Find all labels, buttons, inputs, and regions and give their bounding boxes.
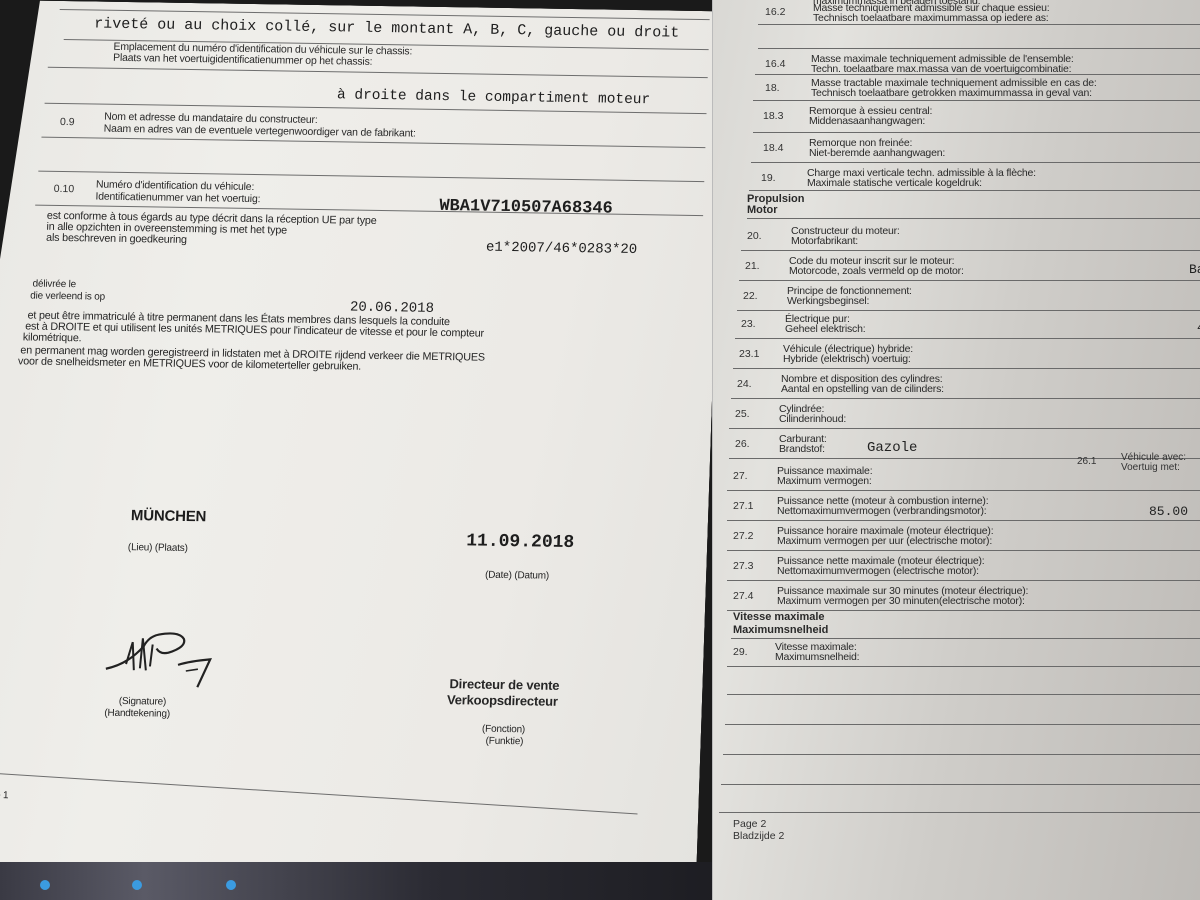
field-label-nl: Nettomaximumvermogen (electrische motor)… bbox=[777, 566, 979, 577]
date-label: (Date) (Datum) bbox=[485, 570, 549, 582]
field-value: 85.00 bbox=[1149, 504, 1188, 519]
blank-line bbox=[719, 812, 1200, 813]
divider bbox=[731, 638, 1200, 639]
field-label-nl: Maximumsnelheid: bbox=[775, 652, 859, 663]
field-label-nl: Technisch toelaatbare maximummassa op ie… bbox=[813, 13, 1049, 24]
field-number: 27.3 bbox=[733, 560, 753, 572]
divider bbox=[727, 580, 1200, 581]
field-number: 21. bbox=[745, 260, 760, 272]
divider bbox=[751, 162, 1200, 163]
divider bbox=[753, 100, 1200, 101]
field-number: 0.9 bbox=[60, 116, 75, 128]
field-label-nl: Aantal en opstelling van de cilinders: bbox=[781, 384, 944, 395]
field-number: 16.4 bbox=[765, 58, 785, 70]
section-propulsion-nl: Motor bbox=[747, 205, 778, 216]
blank-line bbox=[723, 754, 1200, 755]
field-number: 27.1 bbox=[733, 500, 753, 512]
signature-image bbox=[97, 624, 229, 696]
attachment-method-value: riveté ou au choix collé, sur le montant… bbox=[94, 15, 680, 41]
place-value: MÜNCHEN bbox=[131, 510, 207, 523]
field-label-nl: Niet-beremde aanhangwagen: bbox=[809, 148, 945, 159]
conformity-text-3: als beschreven in goedkeuring bbox=[46, 233, 187, 247]
signature-date: 11.09.2018 bbox=[466, 531, 575, 553]
divider bbox=[727, 490, 1200, 491]
field-label-nl: Technisch toelaatbare getrokken maximumm… bbox=[811, 88, 1092, 99]
vin-location-value: à droite dans le compartiment moteur bbox=[337, 87, 651, 108]
function-label-fr: (Fonction) bbox=[482, 724, 525, 736]
field-number: 0.10 bbox=[54, 183, 75, 195]
field-number: 26.1 bbox=[1077, 456, 1096, 467]
function-value-nl: Verkoopsdirecteur bbox=[447, 693, 558, 709]
decorative-dot bbox=[132, 880, 142, 890]
vin-label-nl: Identificatienummer van het voertuig: bbox=[95, 192, 260, 206]
field-label-nl: Werkingsbeginsel: bbox=[787, 296, 869, 307]
field-label-nl: Motorfabrikant: bbox=[791, 236, 858, 247]
field-label-nl: Geheel elektrisch: bbox=[785, 324, 865, 335]
decorative-dot bbox=[40, 880, 50, 890]
page-2: maximummassa in beladen toestand: 16.2 M… bbox=[712, 0, 1200, 900]
field-number: 26. bbox=[735, 438, 750, 450]
divider bbox=[749, 190, 1200, 191]
divider bbox=[758, 24, 1200, 25]
field-number: 20. bbox=[747, 230, 762, 242]
field-label-nl: Motorcode, zoals vermeld op de motor: bbox=[789, 266, 964, 277]
field-number: 18. bbox=[765, 82, 780, 94]
field-label-nl: Hybride (elektrisch) voertuig: bbox=[783, 354, 911, 365]
field-number: 18.3 bbox=[763, 110, 783, 122]
divider bbox=[735, 338, 1200, 339]
signature-label-nl: (Handtekening) bbox=[104, 708, 170, 721]
field-number: 27. bbox=[733, 470, 748, 482]
field-number: 23.1 bbox=[739, 348, 759, 360]
issued-label-nl: die verleend is op bbox=[30, 291, 105, 304]
field-label-nl: Middenasaanhangwagen: bbox=[809, 116, 925, 127]
field-value: Ba bbox=[1189, 262, 1200, 277]
field-number: 25. bbox=[735, 408, 750, 420]
field-number: 16.2 bbox=[765, 6, 785, 18]
divider bbox=[727, 550, 1200, 551]
divider bbox=[727, 520, 1200, 521]
field-label-nl: Voertuig met: bbox=[1121, 462, 1180, 473]
section-speed-nl: Maximumsnelheid bbox=[733, 625, 828, 636]
divider bbox=[753, 132, 1200, 133]
divider bbox=[727, 666, 1200, 667]
field-label-nl: Techn. toelaatbare max.massa van de voer… bbox=[811, 64, 1071, 75]
field-number: 18.4 bbox=[763, 142, 783, 154]
divider bbox=[729, 428, 1200, 429]
representative-label-nl: Naam en adres van de eventuele vertegenw… bbox=[104, 124, 416, 140]
page-number-nl: Bladzijde 1 bbox=[0, 789, 9, 801]
place-label: (Lieu) (Plaats) bbox=[128, 542, 188, 554]
field-label-nl: Maximum vermogen: bbox=[777, 476, 872, 487]
type-approval-number: e1*2007/46*0283*20 bbox=[486, 240, 638, 258]
divider bbox=[747, 218, 1200, 219]
divider bbox=[739, 280, 1200, 281]
field-label-nl: Nettomaximumvermogen (verbrandingsmotor)… bbox=[777, 506, 986, 517]
signature-label-fr: (Signature) bbox=[119, 696, 167, 708]
field-label-nl: Maximale statische verticale kogeldruk: bbox=[807, 178, 982, 189]
divider bbox=[0, 772, 638, 815]
function-label-nl: (Funktie) bbox=[485, 736, 523, 748]
field-number: 27.4 bbox=[733, 590, 753, 602]
divider bbox=[737, 310, 1200, 311]
field-label-nl: Brandstof: bbox=[779, 444, 825, 455]
divider bbox=[755, 74, 1200, 75]
divider bbox=[48, 67, 708, 78]
divider bbox=[758, 48, 1200, 49]
blank-line bbox=[725, 724, 1200, 725]
field-number: 24. bbox=[737, 378, 752, 390]
page-number-nl: Bladzijde 2 bbox=[733, 830, 784, 842]
blank-line bbox=[721, 784, 1200, 785]
section-speed-fr: Vitesse maximale bbox=[733, 612, 825, 623]
field-number: 23. bbox=[741, 318, 756, 330]
vin-value: WBA1V710507A68346 bbox=[439, 197, 613, 219]
vin-location-label-nl: Plaats van het voertuigidentificatienumm… bbox=[113, 53, 373, 68]
field-number: 27.2 bbox=[733, 530, 753, 542]
field-number: 29. bbox=[733, 646, 748, 658]
divider bbox=[741, 250, 1200, 251]
field-label-nl: Cilinderinhoud: bbox=[779, 414, 846, 425]
divider bbox=[731, 398, 1200, 399]
issued-label-fr: délivrée le bbox=[32, 279, 76, 291]
field-label-nl: Maximum vermogen per 30 minuten(electris… bbox=[777, 596, 1025, 607]
field-label-nl: Maximum vermogen per uur (electrische mo… bbox=[777, 536, 992, 547]
page-1: riveté ou au choix collé, sur le montant… bbox=[0, 0, 725, 881]
field-number: 22. bbox=[743, 290, 758, 302]
divider bbox=[733, 368, 1200, 369]
field-value: Gazole bbox=[867, 440, 917, 456]
function-value-fr: Directeur de vente bbox=[449, 677, 559, 693]
page-number-fr: Page 2 bbox=[733, 818, 766, 830]
blank-line bbox=[727, 694, 1200, 695]
registration-text-3: kilométrique. bbox=[23, 332, 82, 344]
background-object bbox=[0, 862, 720, 900]
decorative-dot bbox=[226, 880, 236, 890]
field-number: 19. bbox=[761, 172, 776, 184]
